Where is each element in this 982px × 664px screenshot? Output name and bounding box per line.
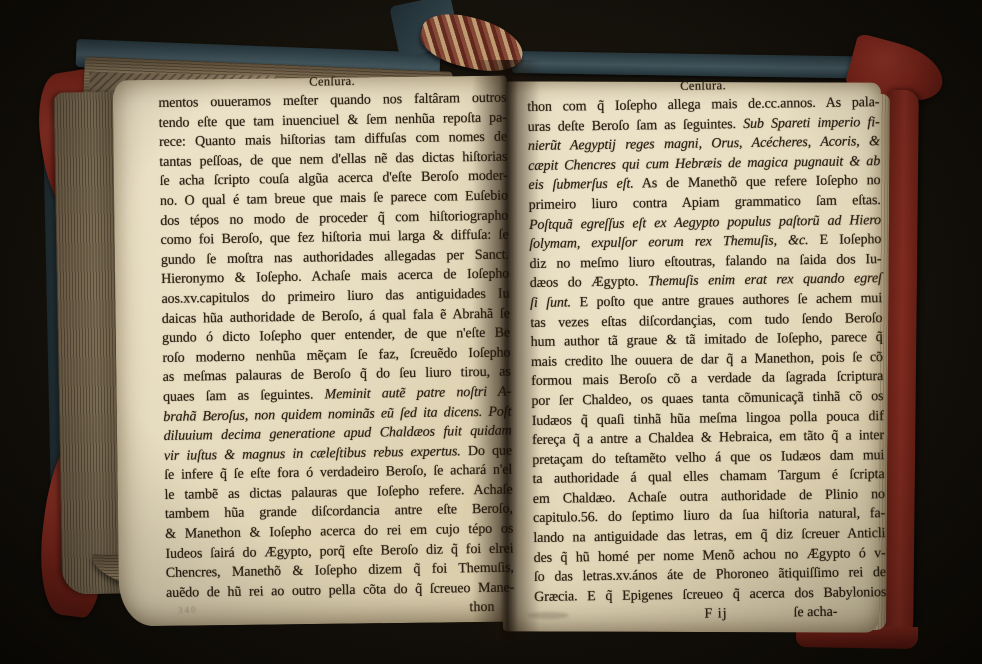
book-photograph: Cenſura. mentos ouueramos meſter quando … <box>0 0 982 664</box>
gathering-signature: F ij <box>704 605 727 625</box>
pencil-note: 340 <box>178 605 198 616</box>
left-page-lines: mentos ouueramos meſter quando nos faltâ… <box>158 89 514 604</box>
right-page-text: Cenſura. thon com q̃ Ioſepho allega mais… <box>527 75 887 627</box>
right-page-lines: thon com q̃ Ioſepho allega mais de.cc.an… <box>527 93 886 607</box>
pencil-smudge <box>527 612 569 619</box>
catchword-right: ſe acha- <box>793 603 837 623</box>
left-page-text: Cenſura. mentos ouueramos meſter quando … <box>158 71 515 623</box>
